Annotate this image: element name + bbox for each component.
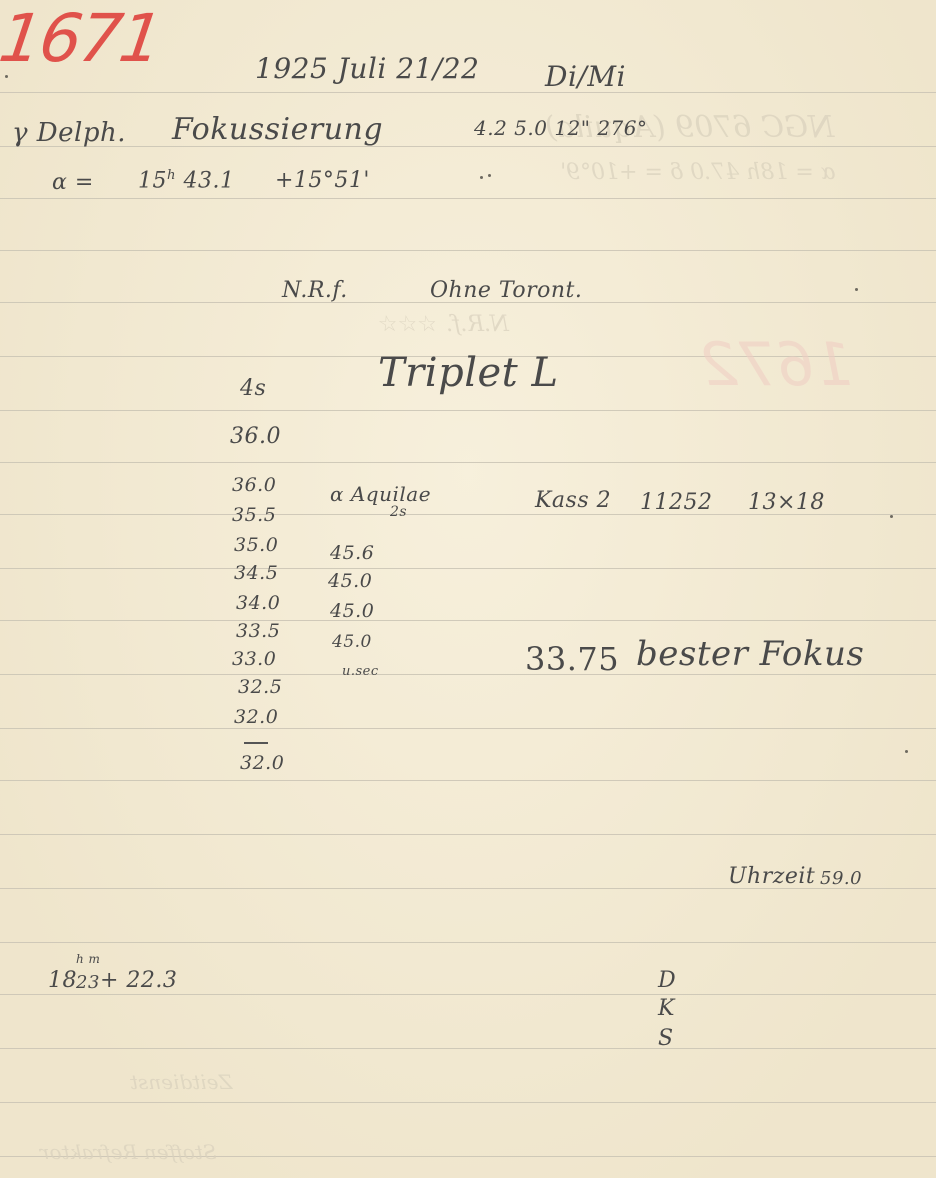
focus-value: 35.5 [232, 504, 276, 526]
best-focus-label: bester Fokus [636, 634, 864, 674]
object-values: 4.2 5.0 12" 276° [474, 116, 648, 140]
ruled-line [0, 1102, 936, 1103]
ruled-line [0, 728, 936, 729]
ruled-line [0, 410, 936, 411]
best-focus-value: 33.75 [525, 640, 619, 678]
plate-id: 11252 [640, 490, 713, 515]
clock-label: Uhrzeit [728, 864, 815, 889]
focus-value: 33.5 [236, 620, 280, 642]
signature-initial: S [658, 1026, 674, 1051]
ra-minutes: 43.1 [184, 168, 235, 193]
star-value: 45.6 [330, 542, 374, 564]
focus-value: 34.0 [236, 592, 280, 614]
focus-head: 36.0 [230, 424, 281, 449]
ruled-line [0, 92, 936, 93]
star-value: 45.0 [328, 570, 372, 592]
cassette: Kass 2 [535, 488, 611, 513]
focus-value: 32.0 [234, 706, 278, 728]
instrument-left: N.R.f. [282, 278, 348, 303]
instrument-right: Ohne Toront. [430, 278, 582, 303]
notebook-page: NGC 6709 (Aquila) α = 18h 47.0 δ = +10°9… [0, 0, 936, 1178]
plate-number: 1671 [0, 0, 936, 77]
ink-dot [488, 174, 491, 177]
star-value: 45.0 [332, 632, 372, 652]
ink-dot [905, 750, 908, 753]
ruled-line [0, 250, 936, 251]
plate-size: 13×18 [748, 490, 825, 515]
ruled-line [0, 462, 936, 463]
ruled-line [0, 1048, 936, 1049]
ruled-line [0, 942, 936, 943]
ruled-line [0, 620, 936, 621]
bleed-through-text: N.R.f. ☆☆☆ [380, 312, 509, 337]
object-name: γ Delph. [12, 118, 126, 148]
time-offset: + 22.3 [100, 968, 177, 993]
star-value: 45.0 [330, 600, 374, 622]
bleed-through-text: Zeitdienst [130, 1070, 232, 1094]
coordinate-label: α = [52, 170, 94, 195]
bleed-through-text: Stoffen Refraktor [40, 1140, 217, 1164]
ruled-line [0, 834, 936, 835]
star-name: α Aquilae [330, 482, 431, 506]
ruled-line [0, 780, 936, 781]
focus-value: 32.5 [238, 676, 282, 698]
time-superscript: h m [76, 952, 100, 966]
ruled-line [0, 674, 936, 675]
focus-value: 33.0 [232, 648, 276, 670]
time-hours: 18 [48, 968, 77, 993]
sum-line [244, 742, 268, 744]
ruled-line [0, 198, 936, 199]
dec-coordinate: +15°51' [275, 168, 370, 193]
signature-initial: D [658, 968, 676, 993]
star-exposure: 2s [390, 504, 407, 520]
ruled-line [0, 568, 936, 569]
signature-initial: K [658, 996, 675, 1021]
bleed-through-plate-number: 1672 [700, 330, 853, 400]
ra-hours: 15 [138, 168, 167, 193]
bleed-through-text: α = 18h 47.0 δ = +10°9' [560, 160, 836, 185]
ruled-line [0, 994, 936, 995]
focus-result: 32.0 [240, 752, 284, 774]
ink-dot [890, 515, 893, 518]
clock-value: 59.0 [820, 868, 862, 889]
ra-unit: h [167, 168, 176, 183]
star-note: u.sec [342, 664, 379, 679]
ruled-line [0, 146, 936, 147]
focus-value: 36.0 [232, 474, 276, 496]
ink-dot [5, 75, 8, 78]
focus-value: 35.0 [234, 534, 278, 556]
ink-dot [855, 288, 858, 291]
time-minutes: 23 [76, 972, 100, 993]
exposure-time: 4s [240, 376, 266, 401]
ink-dot [480, 176, 483, 179]
ra-coordinate: 15h 43.1 [138, 168, 234, 193]
object-title: Fokussierung [172, 112, 383, 147]
lens-title: Triplet L [378, 350, 559, 396]
focus-value: 34.5 [234, 562, 278, 584]
